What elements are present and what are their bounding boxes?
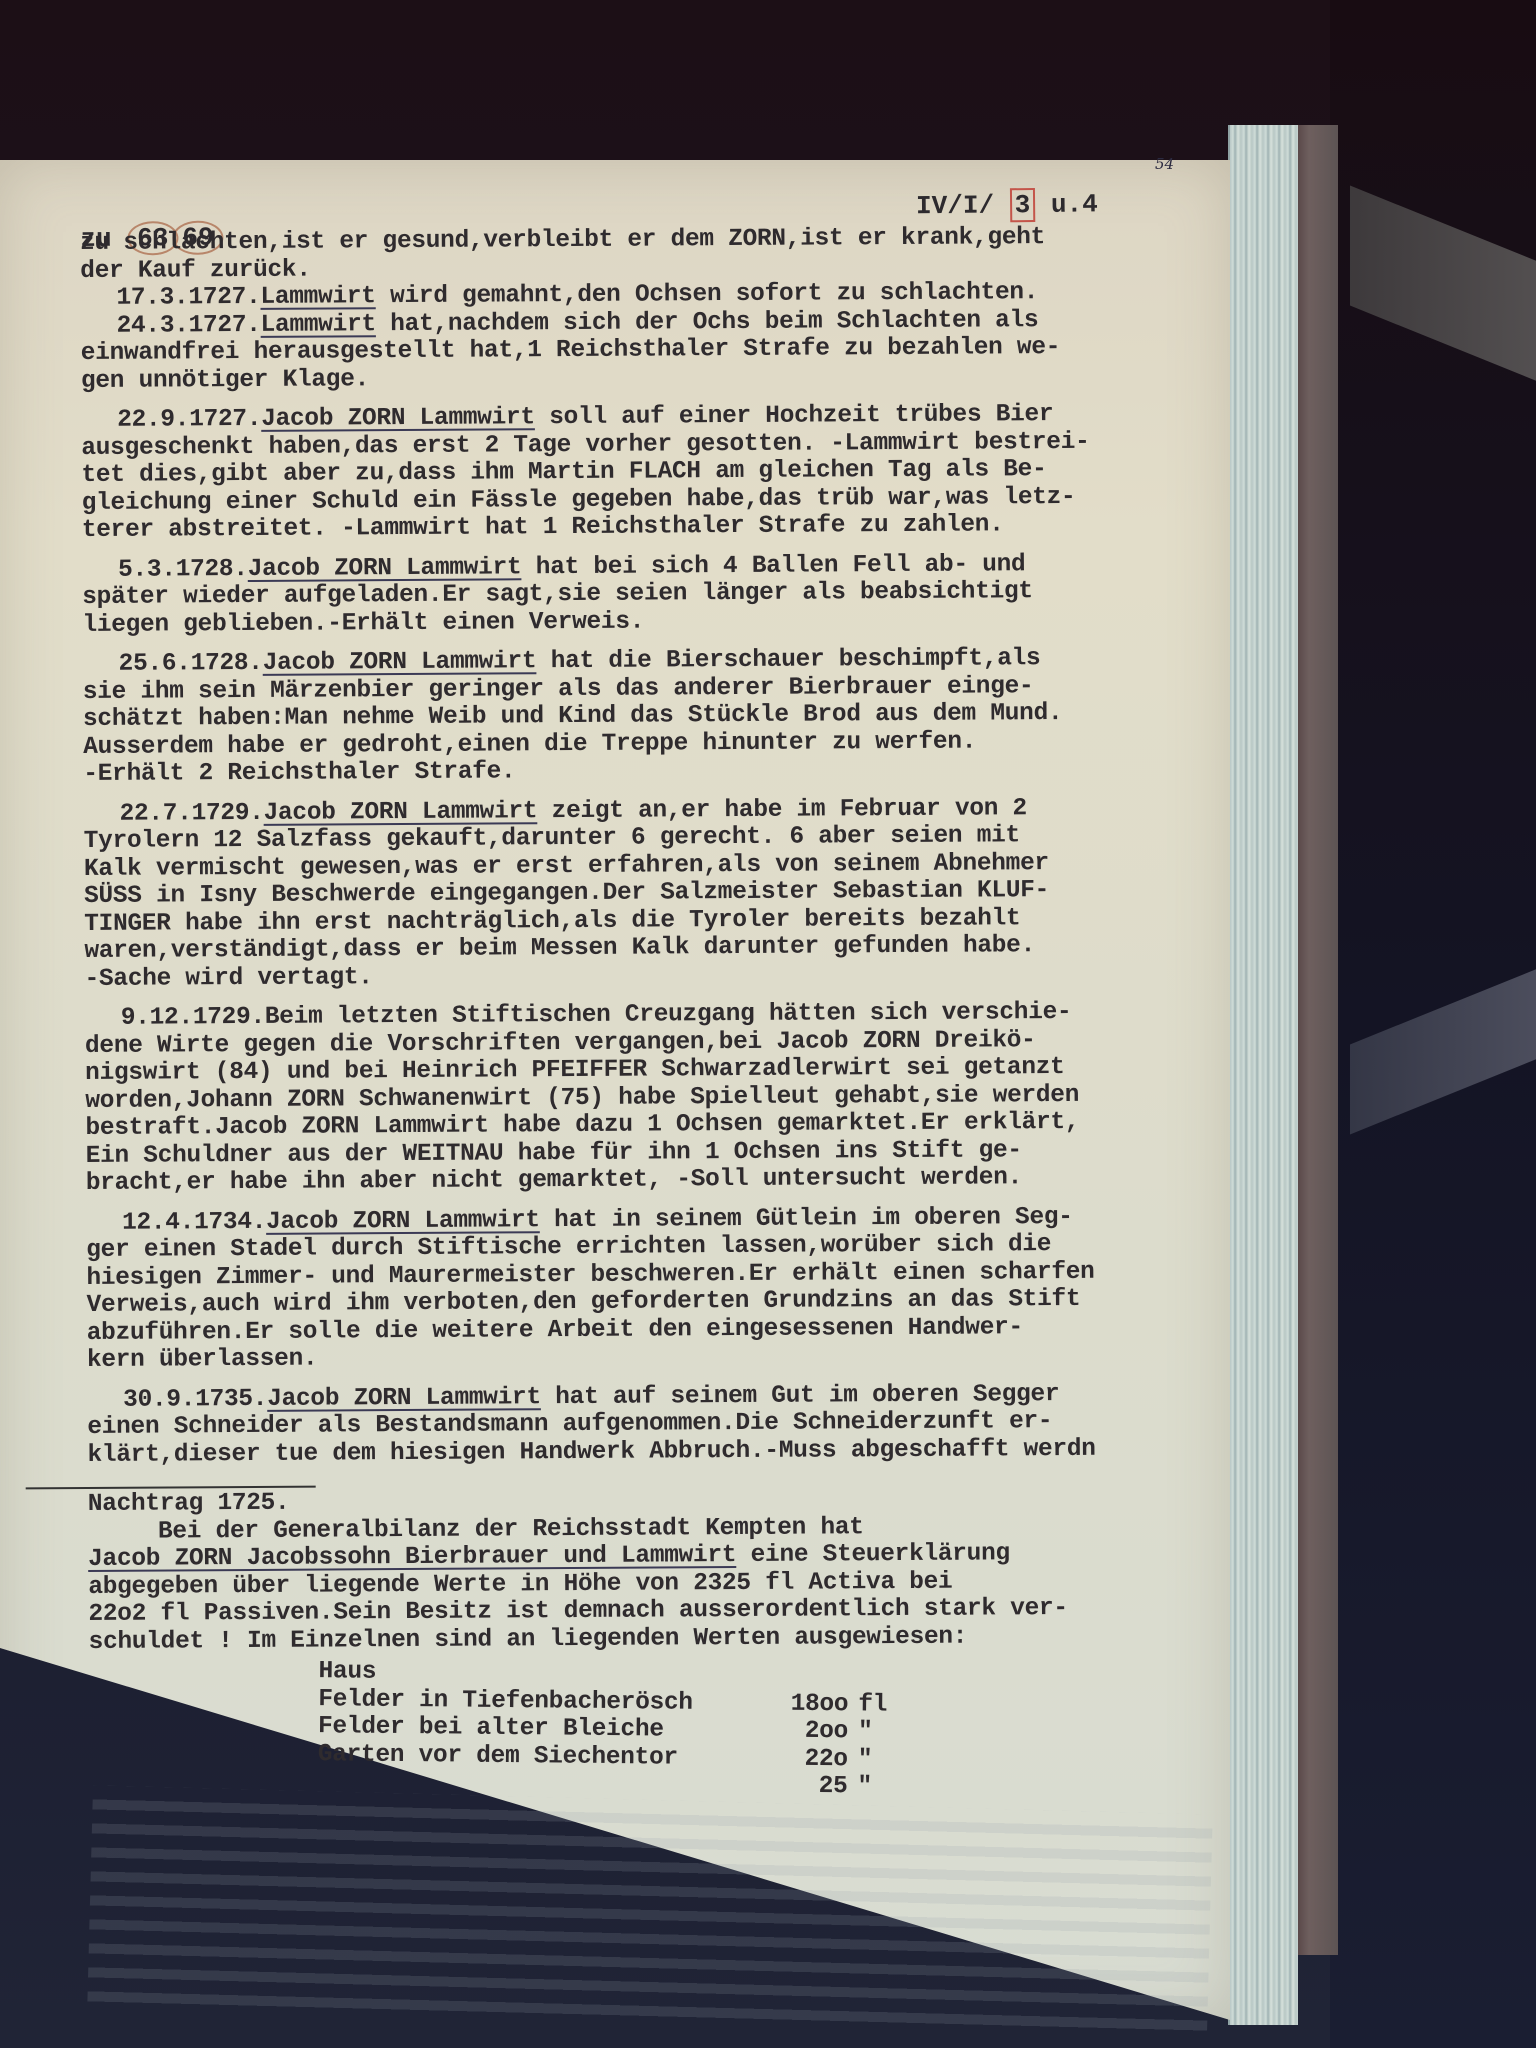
entry-date: 30.9.1735.	[123, 1385, 267, 1413]
person-name: Jacob ZORN Lammwirt	[248, 554, 522, 583]
person-name: Jacob ZORN Lammwirt	[266, 1207, 540, 1236]
asset-name: Felder bei alter Bleiche	[318, 1713, 738, 1745]
asset-name	[317, 1768, 737, 1800]
line-text: -Sache wird vertagt.	[84, 964, 372, 993]
handwritten-page-number: 54	[1155, 155, 1174, 173]
line-text: bracht,er habe ihn aber nicht gemarktet,…	[86, 1164, 1022, 1197]
entry: 24.3.1727.Lammwirt hat,nachdem sich der …	[81, 306, 1221, 395]
person-name: Jacob ZORN Lammwirt	[261, 404, 535, 433]
line-text: waren,verständigt,dass er beim Messen Ka…	[84, 932, 1035, 965]
boxed-number: 3	[1010, 188, 1036, 222]
line-text: eine Steuerklärung	[736, 1540, 1010, 1569]
person-name: Jacob ZORN Lammwirt	[267, 1384, 541, 1413]
asset-value	[738, 1662, 848, 1691]
entry: 30.9.1735.Jacob ZORN Lammwirt hat auf se…	[87, 1380, 1227, 1469]
line-text: wird gemahnt,den Ochsen sofort zu schlac…	[376, 279, 1039, 310]
line-text: terer abstreitet. -Lammwirt hat 1 Reichs…	[82, 511, 1004, 544]
text-line: gen unnötiger Klage.	[81, 361, 1221, 395]
asset-value: 25	[737, 1772, 847, 1801]
asset-unit: "	[847, 1773, 872, 1801]
entry-date: 24.3.1727.	[117, 311, 261, 339]
line-text: zu schlachten,ist er gesund,verbleibt er…	[80, 224, 1045, 257]
asset-unit: "	[848, 1718, 873, 1746]
line-text: hat,nachdem sich der Ochs beim Schlachte…	[376, 307, 1039, 338]
entry: 9.12.1729.Beim letzten Stiftischen Creuz…	[85, 998, 1226, 1197]
typewritten-body: zu schlachten,ist er gesund,verbleibt er…	[80, 223, 1230, 1793]
line-text: zeigt an,er habe im Februar von 2	[537, 795, 1027, 825]
line-text: gen unnötiger Klage.	[81, 366, 369, 395]
person-name: Jacob ZORN Lammwirt	[263, 648, 537, 677]
asset-value: 2oo	[738, 1717, 848, 1746]
asset-unit	[848, 1663, 858, 1691]
entry-date: 12.4.1734.	[122, 1208, 266, 1236]
line-text: Ausserdem habe er gedroht,einen die Trep…	[83, 728, 976, 760]
archive-reference: IV/I/ 3 u.4	[916, 189, 1098, 221]
text-line: -Sache wird vertagt.	[84, 959, 1224, 993]
line-text: Beim letzten Stiftischen Creuzgang hätte…	[265, 999, 1072, 1031]
line-text: hat die Bierschauer beschimpft,als	[536, 645, 1040, 675]
asset-list: HausFelder in Tiefenbacherösch18ooflFeld…	[87, 1656, 1228, 1804]
text-line: kern überlassen.	[87, 1340, 1227, 1374]
line-text: hat bei sich 4 Ballen Fell ab- und	[521, 551, 1025, 581]
line-text: hat in seinem Gütlein im oberen Seg-	[540, 1203, 1073, 1233]
text-line: klärt,dieser tue dem hiesigen Handwerk A…	[87, 1435, 1227, 1469]
line-text: klärt,dieser tue dem hiesigen Handwerk A…	[87, 1435, 1095, 1468]
asset-name: Garten vor dem Siechentor	[318, 1741, 738, 1773]
entry-date: 25.6.1728.	[119, 650, 263, 678]
entry: 25.6.1728.Jacob ZORN Lammwirt hat die Bi…	[83, 644, 1224, 788]
entry: 12.4.1734.Jacob ZORN Lammwirt hat in sei…	[86, 1203, 1227, 1375]
person-name: Lammwirt	[261, 311, 376, 339]
addendum-rule	[26, 1486, 316, 1490]
text-line: bracht,er habe ihn aber nicht gemarktet,…	[86, 1163, 1226, 1197]
line-text: später wieder aufgeladen.Er sagt,sie sei…	[82, 578, 1033, 611]
line-text: liegen geblieben.-Erhält einen Verweis.	[82, 608, 644, 638]
entry-date: 22.9.1727.	[117, 406, 261, 434]
asset-value: 18oo	[738, 1690, 848, 1719]
person-name: Jacob ZORN Lammwirt	[264, 798, 538, 827]
entry-date: 5.3.1728.	[118, 555, 248, 583]
asset-name: Felder in Tiefenbacherösch	[318, 1686, 738, 1718]
text-line: terer abstreitet. -Lammwirt hat 1 Reichs…	[82, 510, 1222, 544]
line-text: abzuführen.Er solle die weitere Arbeit d…	[87, 1314, 1023, 1347]
text-line: liegen geblieben.-Erhält einen Verweis.	[82, 605, 1222, 639]
line-text: der Kauf zurück.	[80, 256, 311, 284]
text-line: -Erhält 2 Reichsthaler Strafe.	[83, 754, 1223, 788]
entry-date: 17.3.1727.	[116, 284, 260, 312]
line-text: kern überlassen.	[87, 1346, 318, 1374]
entry: zu schlachten,ist er gesund,verbleibt er…	[80, 223, 1220, 285]
entry-date: 22.7.1729.	[119, 799, 263, 827]
addendum: Nachtrag 1725.Bei der Generalbilanz der …	[88, 1480, 1230, 1793]
asset-name: Haus	[318, 1658, 738, 1690]
entry: 5.3.1728.Jacob ZORN Lammwirt hat bei sic…	[82, 550, 1222, 639]
asset-unit: "	[848, 1746, 873, 1774]
line-text: hat auf seinem Gut im oberen Segger	[541, 1381, 1060, 1411]
page-stack-edges	[1228, 125, 1298, 2025]
line-text: -Erhält 2 Reichsthaler Strafe.	[83, 758, 515, 788]
entry: 22.7.1729.Jacob ZORN Lammwirt zeigt an,e…	[83, 794, 1224, 993]
person-name: Jacob ZORN Jacobssohn Bierbrauer und Lam…	[88, 1542, 736, 1573]
entry: 22.9.1727.Jacob ZORN Lammwirt soll auf e…	[81, 400, 1222, 544]
bleed-through-text	[87, 1785, 1212, 2034]
line-text: soll auf einer Hochzeit trübes Bier	[535, 401, 1054, 431]
person-name: Lammwirt	[260, 283, 375, 311]
asset-unit: fl	[848, 1691, 887, 1719]
line-text: einwandfrei herausgestellt hat,1 Reichst…	[81, 334, 1061, 367]
asset-value: 22o	[738, 1745, 848, 1774]
entry-date: 9.12.1729.	[121, 1004, 265, 1032]
